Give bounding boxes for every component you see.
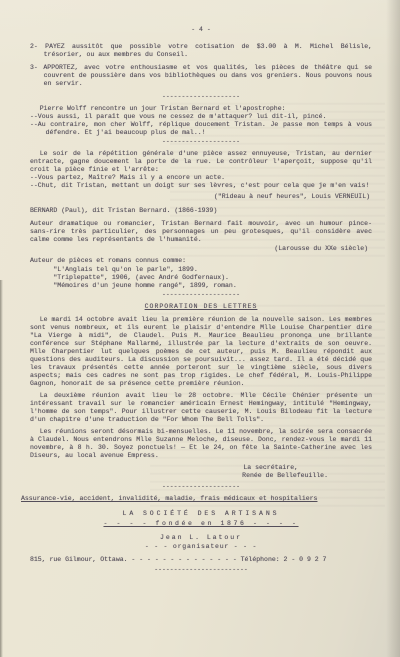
ad-agent-name: Jean L. Latour <box>30 534 372 542</box>
dialog-line: --Au contraire, mon cher Wolff, réplique… <box>30 121 372 137</box>
separator: -------------------- <box>30 138 372 146</box>
scan-edge-shadow <box>0 280 3 657</box>
list-item-3: 3- APPORTEZ, avec votre enthousiasme et … <box>30 64 372 88</box>
ad-founded-line: - - - - fondée en 1876 - - - - <box>30 520 372 528</box>
dialog-line: --Vous partez, Maître? Mais il y a encor… <box>30 174 372 182</box>
book-title: "Triplepatte", 1906, (avec André Godfern… <box>30 274 372 282</box>
book-title: "Mémoires d'un jeune homme rangé", 1899,… <box>30 282 372 290</box>
signature-role: La secrétaire, <box>30 464 372 472</box>
list-item-2: 2- PAYEZ aussitôt que possible votre cot… <box>30 43 372 59</box>
separator: -------------------- <box>30 291 372 299</box>
signature-name: Renée de Bellefeuille. <box>30 472 372 480</box>
book-title: "L'Anglais tel qu'on le parle", 1899. <box>30 266 372 274</box>
quote-attribution: ("Rideau à neuf heures", Louis VERNEUIL) <box>30 193 372 201</box>
scan-edge-shadow <box>386 0 400 657</box>
works-intro: Auteur de pièces et romans connus comme: <box>30 257 372 265</box>
paragraph: La deuxième réunion avait lieu le 28 oct… <box>30 392 372 424</box>
paragraph: Le mardi 14 octobre avait lieu la premiè… <box>30 316 372 388</box>
ad-agent-role: - - - organisateur - - - <box>30 543 372 551</box>
anecdote-1-intro: Pierre Wolff rencontre un jour Tristan B… <box>30 105 372 113</box>
paragraph: Les réunions seront désormais bi-mensuel… <box>30 428 372 460</box>
ad-company-name: LA SOCIÉTÉ DES ARTISANS <box>30 510 372 518</box>
page-number: - 4 - <box>30 26 372 34</box>
section-heading-corporation-des-lettres: CORPORATION DES LETTRES <box>30 303 372 311</box>
author-bio: Auteur dramatique ou romancier, Tristan … <box>30 220 372 244</box>
separator: -------------------- <box>30 483 372 491</box>
ad-services-line: Assurance-vie, accident, invalidité, mal… <box>21 495 372 503</box>
ad-address-phone: 815, rue Gilmour, Ottawa. - - - - - - - … <box>30 556 372 564</box>
dialog-line: --Chut, dit Tristan, mettant un doigt su… <box>30 182 372 190</box>
author-heading: BERNARD (Paul), dit Tristan Bernard. (18… <box>30 207 372 215</box>
separator: -------------------- <box>30 93 372 101</box>
bio-source: (Larousse du XXe siècle) <box>30 245 372 253</box>
separator: ------------------------ <box>30 566 372 574</box>
dialog-line: --Vous aussi, il paraît que vous ne cess… <box>30 113 372 121</box>
anecdote-2-intro: Le soir de la répétition générale d'une … <box>30 150 372 174</box>
page-content: - 4 -2- PAYEZ aussitôt que possible votr… <box>30 26 372 578</box>
scanned-page: - 4 -2- PAYEZ aussitôt que possible votr… <box>0 0 400 657</box>
